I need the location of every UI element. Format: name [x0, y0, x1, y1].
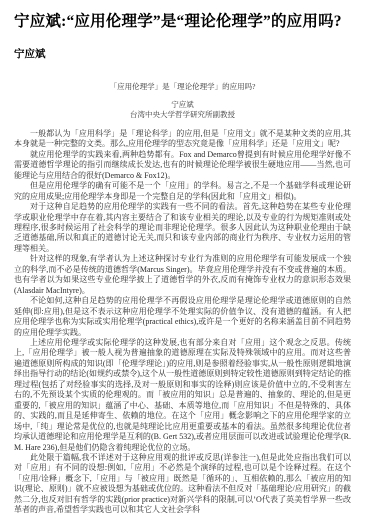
article-body: 一般都认为「应用科学」是「理论科学」的应用,但是「应用文」就不是某种文类的应用,… [14, 129, 351, 516]
byline-block: 宁应斌 台湾中央大学哲学研究所副教授 [14, 100, 351, 120]
author-heading: 宁应斌 [14, 46, 351, 61]
body-paragraph: 上述应用伦理学或实际伦理学的这种发展,也有部分来自对「应用」这个观念之反思。传统… [14, 338, 351, 453]
body-paragraph: 一般都认为「应用科学」是「理论科学」的应用,但是「应用文」就不是某种文类的应用,… [14, 129, 351, 150]
body-paragraph: 不论如何,这种自足趋势的应用伦理学不再假设应用伦理学是理论伦理学或道德原则的自然… [14, 296, 351, 338]
body-paragraph: 对于这种自足趋势的应用伦理学的实践有一些不同的看法。首先,这种趋势在某些专业伦理… [14, 202, 351, 254]
byline-author-name: 宁应斌 [14, 100, 351, 110]
page-title: 宁应斌:“应用伦理学”是“理论伦理学”的应用吗? [14, 12, 351, 33]
body-paragraph: 此处限于篇幅,我不详述对于这种应用观的批评或反思(详参注一),但是此处应指出我们… [14, 453, 351, 516]
byline-affiliation: 台湾中央大学哲学研究所副教授 [14, 110, 351, 120]
body-paragraph: 针对这样的现象,有学者认为上述这种探讨专业行为准则的应用伦理学有可能发展成一个独… [14, 254, 351, 296]
document-subtitle: 「应用伦理学」是「理论伦理学」的应用吗? [14, 82, 351, 92]
body-paragraph: 但是应用伦理学的确有可能不是一个「应用」的学科。易言之,不是一个基础学科或理论研… [14, 181, 351, 202]
body-paragraph: 就应用伦理学的实践来看,两种趋势都有。Fox and Demarco曾提到有时候… [14, 150, 351, 181]
document-page: 宁应斌:“应用伦理学”是“理论伦理学”的应用吗? 宁应斌 「应用伦理学」是「理论… [0, 0, 365, 516]
